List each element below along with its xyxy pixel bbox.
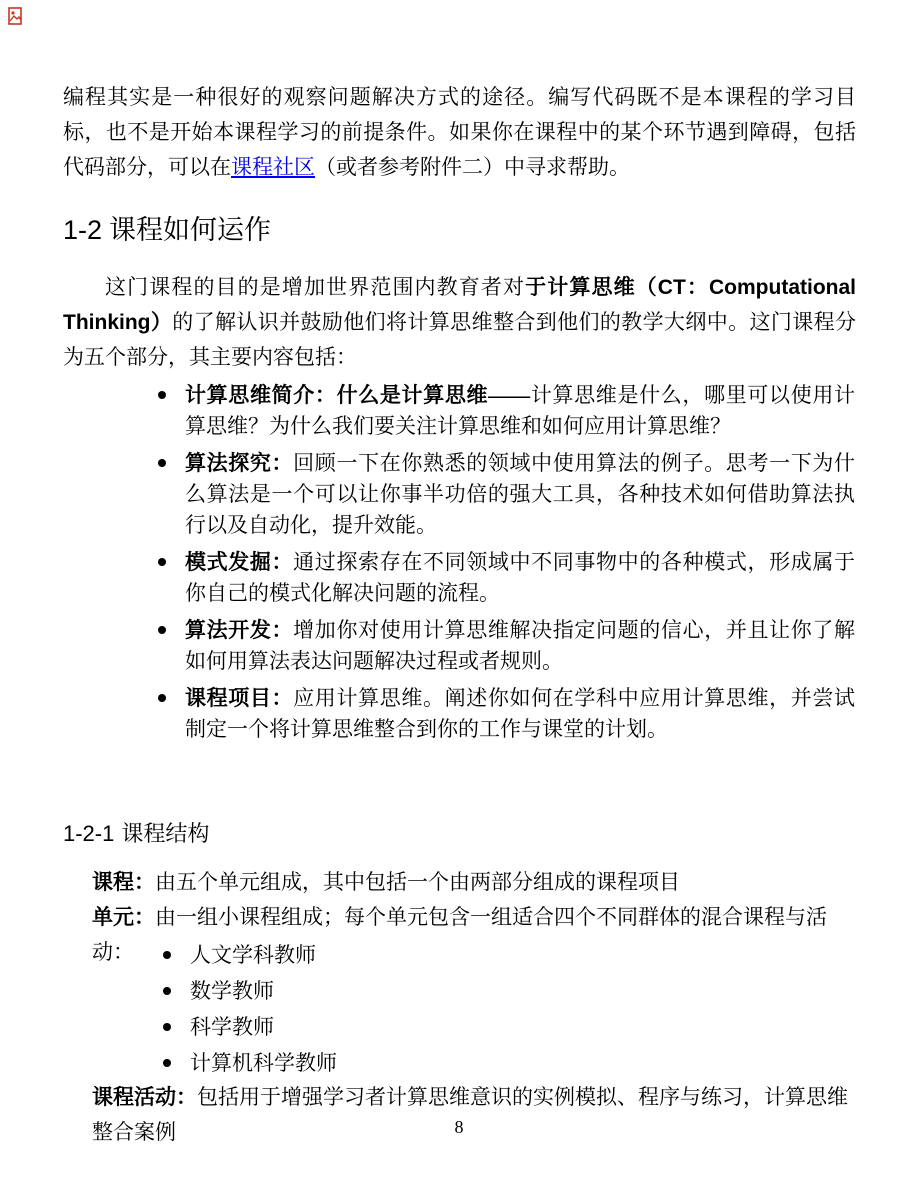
audience-text: 数学教师: [190, 979, 274, 1003]
course-part-label: 模式发掘：: [185, 550, 293, 574]
bullet-icon: [163, 987, 171, 995]
audience-item: 计算机科学教师: [190, 1045, 856, 1081]
audience-item: 人文学科教师: [190, 937, 856, 973]
bullet-icon: [158, 626, 166, 634]
course-part-label: 算法开发：: [185, 618, 293, 642]
course-part-item: 算法探究：回顾一下在你熟悉的领域中使用算法的例子。思考一下为什么算法是一个可以让…: [185, 448, 855, 541]
course-part-label: 算法探究：: [185, 451, 293, 475]
section-heading: 1-2课程如何运作: [63, 213, 856, 247]
audience-item: 科学教师: [190, 1009, 856, 1045]
bullet-icon: [158, 391, 166, 399]
purpose-paragraph: 这门课程的目的是增加世界范围内教育者对于计算思维（CT：Computationa…: [63, 270, 856, 375]
bullet-icon: [158, 694, 166, 702]
purpose-segment: 于计算思维（: [525, 275, 658, 299]
audience-text: 计算机科学教师: [190, 1051, 337, 1075]
purpose-segment: ）: [151, 310, 173, 334]
subsection-heading: 1-2-1课程结构: [63, 820, 856, 848]
course-part-item: 计算思维简介：什么是计算思维——计算思维是什么，哪里可以使用计算思维？为什么我们…: [185, 380, 855, 442]
audience-text: 人文学科教师: [190, 943, 316, 967]
purpose-segment: 的了解认识并鼓励他们将计算思维整合到他们的教学大纲中。这门课程分为五个部分，其主…: [63, 310, 856, 369]
course-part-item: 算法开发：增加你对使用计算思维解决指定问题的信心，并且让你了解如何用算法表达问题…: [185, 615, 855, 677]
structure-label: 单元：: [92, 905, 155, 929]
bullet-icon: [158, 459, 166, 467]
course-community-link[interactable]: 课程社区: [231, 155, 315, 179]
intro-paragraph: 编程其实是一种很好的观察问题解决方式的途径。编写代码既不是本课程的学习目标，也不…: [63, 80, 856, 185]
intro-segment: （或者参考附件二）中寻求帮助。: [315, 155, 630, 179]
structure-text: 由五个单元组成，其中包括一个由两部分组成的课程项目: [155, 870, 680, 894]
audience-list: 人文学科教师数学教师科学教师计算机科学教师: [63, 937, 856, 1081]
bullet-icon: [158, 558, 166, 566]
structure-line: 课程：由五个单元组成，其中包括一个由两部分组成的课程项目: [92, 865, 855, 900]
audience-text: 科学教师: [190, 1015, 274, 1039]
activity-label: 课程活动：: [92, 1085, 197, 1109]
audience-item: 数学教师: [190, 973, 856, 1009]
bullet-icon: [163, 1023, 171, 1031]
course-part-item: 课程项目：应用计算思维。阐述你如何在学科中应用计算思维，并尝试制定一个将计算思维…: [185, 683, 855, 745]
purpose-segment: 这门课程的目的是增加世界范围内教育者对: [105, 275, 525, 299]
broken-image-icon: [8, 7, 22, 25]
bullet-icon: [163, 951, 171, 959]
structure-label: 课程：: [92, 870, 155, 894]
subsection-title: 课程结构: [121, 821, 209, 846]
course-parts-list: 计算思维简介：什么是计算思维——计算思维是什么，哪里可以使用计算思维？为什么我们…: [63, 380, 856, 751]
bullet-icon: [163, 1059, 171, 1067]
course-part-label: 课程项目：: [185, 686, 293, 710]
activity-line: 课程活动：包括用于增强学习者计算思维意识的实例模拟、程序与练习，计算思维整合案例: [92, 1080, 855, 1150]
document-page: 编程其实是一种很好的观察问题解决方式的途径。编写代码既不是本课程的学习目标，也不…: [0, 0, 918, 1188]
section-title: 课程如何运作: [109, 215, 271, 245]
course-part-item: 模式发掘：通过探索存在不同领域中不同事物中的各种模式，形成属于你自己的模式化解决…: [185, 547, 855, 609]
subsection-number: 1-2-1: [63, 821, 114, 846]
page-number: 8: [0, 1116, 918, 1138]
course-part-label: 计算思维简介：什么是计算思维——: [185, 383, 530, 407]
section-number: 1-2: [63, 215, 102, 245]
